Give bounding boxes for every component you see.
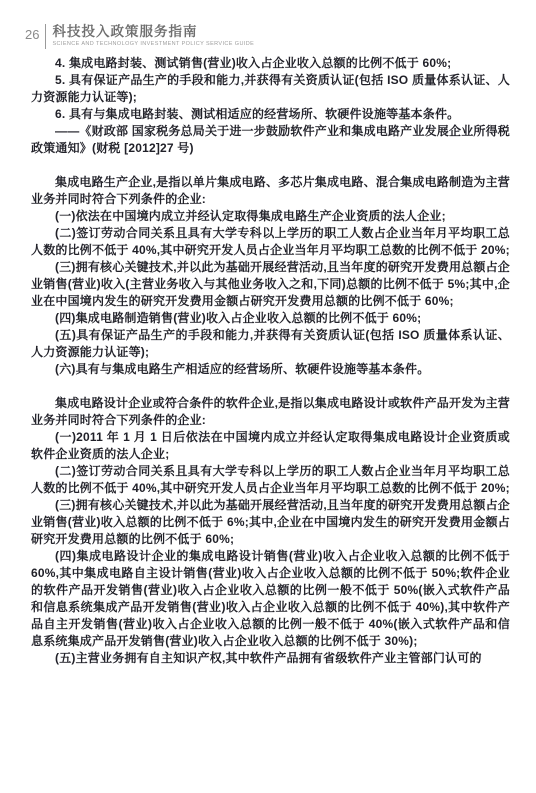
- paragraph-section-lead: 集成电路生产企业,是指以单片集成电路、多芯片集成电路、混合集成电路制造为主营业务…: [31, 174, 510, 208]
- paragraph: (三)拥有核心关键技术,并以此为基础开展经营活动,且当年度的研究开发费用总额占企…: [31, 497, 510, 548]
- paragraph: (一)依法在中国境内成立并经认定取得集成电路生产企业资质的法人企业;: [31, 208, 510, 225]
- paragraph: (二)签订劳动合同关系且具有大学专科以上学历的职工人数占企业当年月平均职工总人数…: [31, 463, 510, 497]
- paragraph: 5. 具有保证产品生产的手段和能力,并获得有关资质认证(包括 ISO 质量体系认…: [31, 72, 510, 106]
- paragraph-citation: ——《财政部 国家税务总局关于进一步鼓励软件产业和集成电路产业发展企业所得税政策…: [31, 123, 510, 157]
- paragraph: (一)2011 年 1 月 1 日后依法在中国境内成立并经认定取得集成电路设计企…: [31, 429, 510, 463]
- header-divider: [45, 24, 46, 49]
- paragraph: 6. 具有与集成电路封装、测试相适应的经营场所、软硬件设施等基本条件。: [31, 106, 510, 123]
- header-titles: 科技投入政策服务指南 SCIENCE AND TECHNOLOGY INVEST…: [52, 24, 254, 48]
- paragraph: (四)集成电路设计企业的集成电路设计销售(营业)收入占企业收入总额的比例不低于 …: [31, 548, 510, 650]
- page-number: 26: [25, 24, 45, 43]
- doc-subtitle: SCIENCE AND TECHNOLOGY INVESTMENT POLICY…: [52, 40, 254, 48]
- paragraph-section-lead: 集成电路设计企业或符合条件的软件企业,是指以集成电路设计或软件产品开发为主营业务…: [31, 395, 510, 429]
- paragraph: (五)主营业务拥有自主知识产权,其中软件产品拥有省级软件产业主管部门认可的: [31, 650, 510, 667]
- paragraph: (五)具有保证产品生产的手段和能力,并获得有关资质认证(包括 ISO 质量体系认…: [31, 327, 510, 361]
- doc-title: 科技投入政策服务指南: [52, 24, 254, 39]
- paragraph: (三)拥有核心关键技术,并以此为基础开展经营活动,且当年度的研究开发费用总额占企…: [31, 259, 510, 310]
- document-body: 4. 集成电路封装、测试销售(营业)收入占企业收入总额的比例不低于 60%; 5…: [31, 55, 510, 667]
- paragraph: (二)签订劳动合同关系且具有大学专科以上学历的职工人数占企业当年月平均职工总人数…: [31, 225, 510, 259]
- paragraph: (四)集成电路制造销售(营业)收入占企业收入总额的比例不低于 60%;: [31, 310, 510, 327]
- paragraph: 4. 集成电路封装、测试销售(营业)收入占企业收入总额的比例不低于 60%;: [31, 55, 510, 72]
- document-page: 26 科技投入政策服务指南 SCIENCE AND TECHNOLOGY INV…: [0, 0, 536, 793]
- page-header: 26 科技投入政策服务指南 SCIENCE AND TECHNOLOGY INV…: [25, 24, 254, 49]
- paragraph: (六)具有与集成电路生产相适应的经营场所、软硬件设施等基本条件。: [31, 361, 510, 378]
